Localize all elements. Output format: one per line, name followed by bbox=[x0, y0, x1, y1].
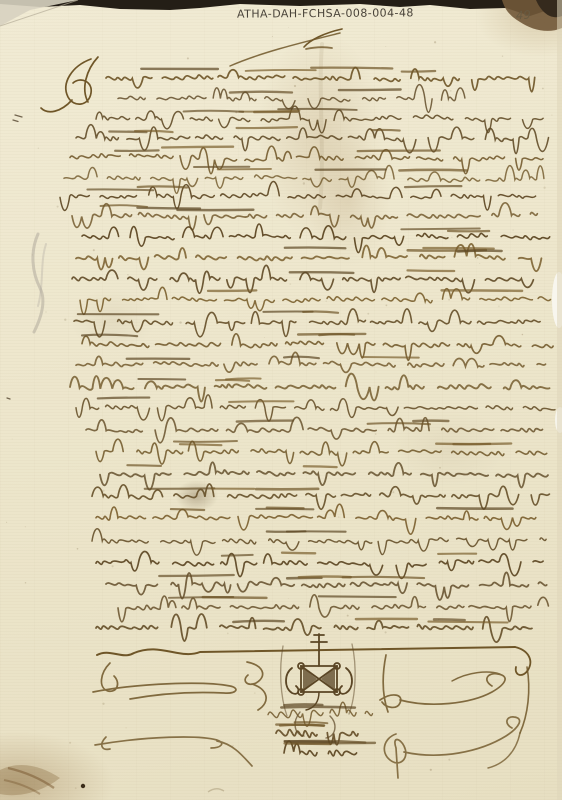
signature-rubrics bbox=[268, 702, 385, 756]
paper-speck bbox=[386, 305, 388, 307]
right-edge-notch bbox=[552, 272, 562, 328]
hand-stroke bbox=[281, 707, 355, 708]
paper-speck bbox=[179, 321, 181, 323]
paper-freckles bbox=[6, 27, 560, 789]
hand-stroke bbox=[311, 68, 392, 69]
paper-speck bbox=[64, 319, 66, 321]
hand-stroke bbox=[437, 508, 512, 509]
hand-stroke bbox=[319, 334, 354, 335]
paper-speck bbox=[232, 745, 234, 747]
paper-speck bbox=[438, 619, 439, 620]
hand-stroke bbox=[239, 111, 299, 112]
paper-speck bbox=[12, 439, 13, 440]
hand-stroke bbox=[80, 287, 562, 314]
paper-speck bbox=[375, 433, 377, 435]
top-right-dark-corner bbox=[536, 0, 562, 17]
hand-stroke bbox=[299, 576, 351, 577]
hand-stroke bbox=[72, 203, 543, 230]
paper-speck bbox=[285, 691, 286, 692]
paper-speck bbox=[459, 130, 461, 132]
paper-speck bbox=[32, 254, 33, 255]
hand-stroke bbox=[137, 208, 200, 209]
paper-speck bbox=[69, 742, 71, 744]
paper-speck bbox=[25, 582, 27, 584]
hand-stroke bbox=[98, 398, 150, 399]
paper-speck bbox=[479, 263, 480, 264]
paper-speck bbox=[264, 337, 265, 338]
hand-stroke bbox=[96, 106, 557, 133]
left-paraph-1 bbox=[93, 662, 266, 710]
paper-speck bbox=[460, 92, 461, 93]
hand-stroke bbox=[76, 244, 547, 271]
paper-speck bbox=[125, 727, 126, 728]
hand-stroke bbox=[304, 466, 337, 467]
paper-speck bbox=[288, 598, 289, 599]
hand-stroke bbox=[100, 462, 558, 489]
paper-speck bbox=[113, 380, 115, 382]
paper-speck bbox=[367, 313, 369, 315]
paper-speck bbox=[542, 88, 544, 90]
hand-stroke bbox=[267, 508, 304, 509]
hand-stroke bbox=[401, 229, 480, 230]
hand-stroke bbox=[278, 109, 357, 110]
hand-stroke bbox=[436, 444, 511, 445]
hand-stroke bbox=[284, 357, 319, 358]
hand-stroke bbox=[233, 621, 284, 622]
hand-stroke bbox=[82, 334, 562, 360]
hand-stroke bbox=[237, 127, 297, 128]
hand-stroke bbox=[284, 704, 322, 705]
paper-speck bbox=[111, 114, 112, 115]
hand-stroke bbox=[174, 441, 237, 442]
top-right-torn-patch bbox=[502, 0, 562, 31]
hand-stroke bbox=[298, 334, 365, 335]
hand-stroke bbox=[408, 250, 486, 251]
handwriting-text-block bbox=[60, 67, 562, 642]
hand-stroke bbox=[101, 205, 148, 207]
hand-stroke bbox=[358, 151, 440, 152]
paper-speck bbox=[376, 372, 377, 373]
right-edge-notch bbox=[555, 407, 562, 433]
paper-speck bbox=[260, 257, 261, 258]
paper-speck bbox=[254, 692, 256, 694]
paper-speck bbox=[392, 491, 394, 493]
hand-stroke bbox=[64, 165, 558, 193]
folio-number: 49 bbox=[515, 8, 532, 23]
paper-speck bbox=[513, 230, 514, 231]
hand-stroke bbox=[96, 551, 553, 578]
paper-speck bbox=[522, 334, 524, 336]
hand-stroke bbox=[222, 555, 253, 556]
hand-stroke bbox=[76, 352, 554, 372]
paper-speck bbox=[288, 27, 289, 28]
hand-stroke bbox=[216, 380, 249, 381]
hand-stroke bbox=[368, 423, 430, 424]
paper-speck bbox=[112, 565, 114, 567]
hand-stroke bbox=[115, 150, 158, 151]
paper-speck bbox=[57, 206, 59, 208]
hand-stroke bbox=[127, 465, 161, 466]
paper-speck bbox=[187, 57, 189, 59]
paper-speck bbox=[75, 787, 77, 789]
hand-stroke bbox=[280, 725, 324, 726]
closing-rule bbox=[97, 647, 530, 768]
margin-marks bbox=[7, 115, 22, 399]
hand-stroke bbox=[226, 378, 261, 379]
hand-stroke bbox=[87, 189, 153, 190]
hand-stroke bbox=[290, 272, 354, 273]
hand-stroke bbox=[76, 125, 554, 154]
hand-stroke bbox=[96, 504, 550, 534]
paper-speck bbox=[498, 305, 500, 307]
hand-stroke bbox=[276, 725, 324, 726]
hand-stroke bbox=[402, 71, 436, 72]
hand-stroke bbox=[82, 335, 137, 337]
paper-speck bbox=[385, 631, 387, 633]
paper-speck bbox=[338, 516, 339, 517]
paper-speck bbox=[93, 249, 95, 251]
ink-bleedthrough bbox=[33, 44, 322, 332]
hand-stroke bbox=[229, 401, 293, 402]
hand-stroke bbox=[203, 597, 267, 598]
bottom-left-stain bbox=[0, 765, 60, 795]
hand-stroke bbox=[135, 131, 173, 132]
right-paraph-2 bbox=[384, 717, 519, 778]
paper-speck bbox=[45, 311, 46, 312]
initial-capital bbox=[41, 57, 98, 112]
hand-stroke bbox=[86, 417, 551, 442]
paper-speck bbox=[118, 237, 119, 238]
paper-speck bbox=[448, 299, 450, 301]
paper-edge-artifacts bbox=[0, 0, 562, 800]
hand-stroke bbox=[442, 290, 522, 291]
hand-stroke bbox=[70, 374, 559, 402]
hand-stroke bbox=[171, 509, 204, 510]
hand-stroke bbox=[118, 85, 473, 113]
paper-speck bbox=[559, 523, 560, 524]
right-paraph-1 bbox=[380, 655, 505, 712]
hand-stroke bbox=[82, 224, 555, 253]
hand-stroke bbox=[237, 421, 293, 422]
hand-stroke bbox=[159, 575, 233, 576]
hand-stroke bbox=[434, 619, 465, 620]
hand-stroke bbox=[256, 489, 318, 490]
hand-stroke bbox=[118, 595, 562, 622]
paper-speck bbox=[25, 526, 26, 527]
paper-speck bbox=[430, 769, 432, 771]
hand-stroke bbox=[372, 130, 400, 131]
hand-stroke bbox=[268, 702, 385, 726]
paper-speck bbox=[412, 366, 414, 368]
hand-stroke bbox=[96, 439, 552, 466]
hand-stroke bbox=[76, 395, 562, 421]
paper-speck bbox=[272, 36, 273, 37]
hand-stroke bbox=[60, 182, 549, 211]
paper-speck bbox=[227, 633, 229, 635]
hand-stroke bbox=[428, 622, 507, 623]
paper-speck bbox=[235, 111, 237, 113]
paper-speck bbox=[347, 615, 349, 617]
notarial-sign bbox=[281, 634, 355, 738]
hand-stroke bbox=[145, 488, 215, 489]
paper-speck bbox=[385, 46, 386, 47]
paper-speck bbox=[294, 85, 296, 87]
paper-speck bbox=[102, 490, 104, 492]
hand-stroke bbox=[92, 529, 556, 555]
flourishes bbox=[7, 29, 530, 778]
paper-speck bbox=[502, 56, 503, 57]
hand-stroke bbox=[284, 741, 362, 756]
hand-stroke bbox=[106, 67, 541, 91]
hand-stroke bbox=[72, 265, 544, 293]
hand-stroke bbox=[138, 186, 187, 187]
hand-stroke bbox=[246, 70, 316, 71]
paper-speck bbox=[551, 114, 552, 115]
hand-stroke bbox=[399, 170, 466, 171]
hand-stroke bbox=[458, 251, 502, 252]
hand-stroke bbox=[423, 248, 493, 249]
hand-stroke bbox=[303, 312, 338, 313]
hand-stroke bbox=[285, 741, 365, 743]
paper-speck bbox=[451, 237, 452, 238]
paper-speck bbox=[448, 759, 450, 761]
hand-stroke bbox=[276, 730, 369, 745]
hand-stroke bbox=[408, 270, 455, 271]
hand-stroke bbox=[230, 92, 292, 93]
paper-speck bbox=[452, 363, 454, 365]
hand-stroke bbox=[180, 444, 222, 445]
hand-stroke bbox=[339, 90, 401, 91]
paper-speck bbox=[6, 522, 7, 523]
hand-stroke bbox=[405, 186, 461, 187]
hand-stroke bbox=[285, 743, 331, 744]
paper-speck bbox=[355, 314, 356, 315]
paper-speck bbox=[89, 84, 91, 86]
hand-stroke bbox=[343, 577, 425, 578]
hand-stroke bbox=[138, 379, 185, 380]
hand-stroke bbox=[319, 596, 396, 597]
hand-stroke bbox=[109, 132, 146, 133]
hand-stroke bbox=[413, 421, 448, 422]
paper-speck bbox=[450, 90, 452, 92]
manuscript-scan bbox=[0, 0, 562, 800]
hand-stroke bbox=[282, 553, 315, 554]
hand-stroke bbox=[363, 357, 419, 358]
scanned-manuscript-page: ATHA-DAH-FCHSA-008-004-48 49 bbox=[0, 0, 562, 800]
paper-speck bbox=[439, 467, 441, 469]
hand-stroke bbox=[70, 146, 549, 174]
hand-stroke bbox=[287, 578, 321, 579]
hand-stroke bbox=[208, 290, 256, 291]
hand-stroke bbox=[162, 147, 233, 148]
hand-stroke bbox=[106, 572, 554, 600]
paper-speck bbox=[102, 703, 104, 705]
hand-stroke bbox=[285, 741, 336, 742]
hand-stroke bbox=[96, 614, 539, 642]
top-left-fold bbox=[0, 0, 78, 26]
paper-speck bbox=[326, 300, 327, 301]
hand-stroke bbox=[184, 111, 244, 112]
paper-speck bbox=[543, 187, 545, 189]
paper-speck bbox=[77, 548, 79, 550]
paper-speck bbox=[38, 148, 39, 149]
bottom-faint-curl bbox=[208, 789, 224, 792]
paper-speck bbox=[303, 182, 305, 184]
ink-spot bbox=[81, 784, 85, 788]
hand-stroke bbox=[295, 722, 328, 723]
archival-label: ATHA-DAH-FCHSA-008-004-48 bbox=[237, 6, 414, 20]
hand-stroke bbox=[218, 169, 271, 170]
hand-stroke bbox=[285, 247, 346, 248]
left-paraph-2 bbox=[95, 737, 252, 766]
paper-speck bbox=[434, 41, 436, 43]
hand-stroke bbox=[92, 484, 559, 509]
paper-speck bbox=[127, 274, 128, 275]
hand-stroke bbox=[169, 597, 233, 598]
hand-stroke bbox=[74, 309, 549, 337]
paper-speck bbox=[289, 283, 291, 285]
paper-speck bbox=[477, 257, 479, 259]
hand-stroke bbox=[453, 444, 490, 445]
